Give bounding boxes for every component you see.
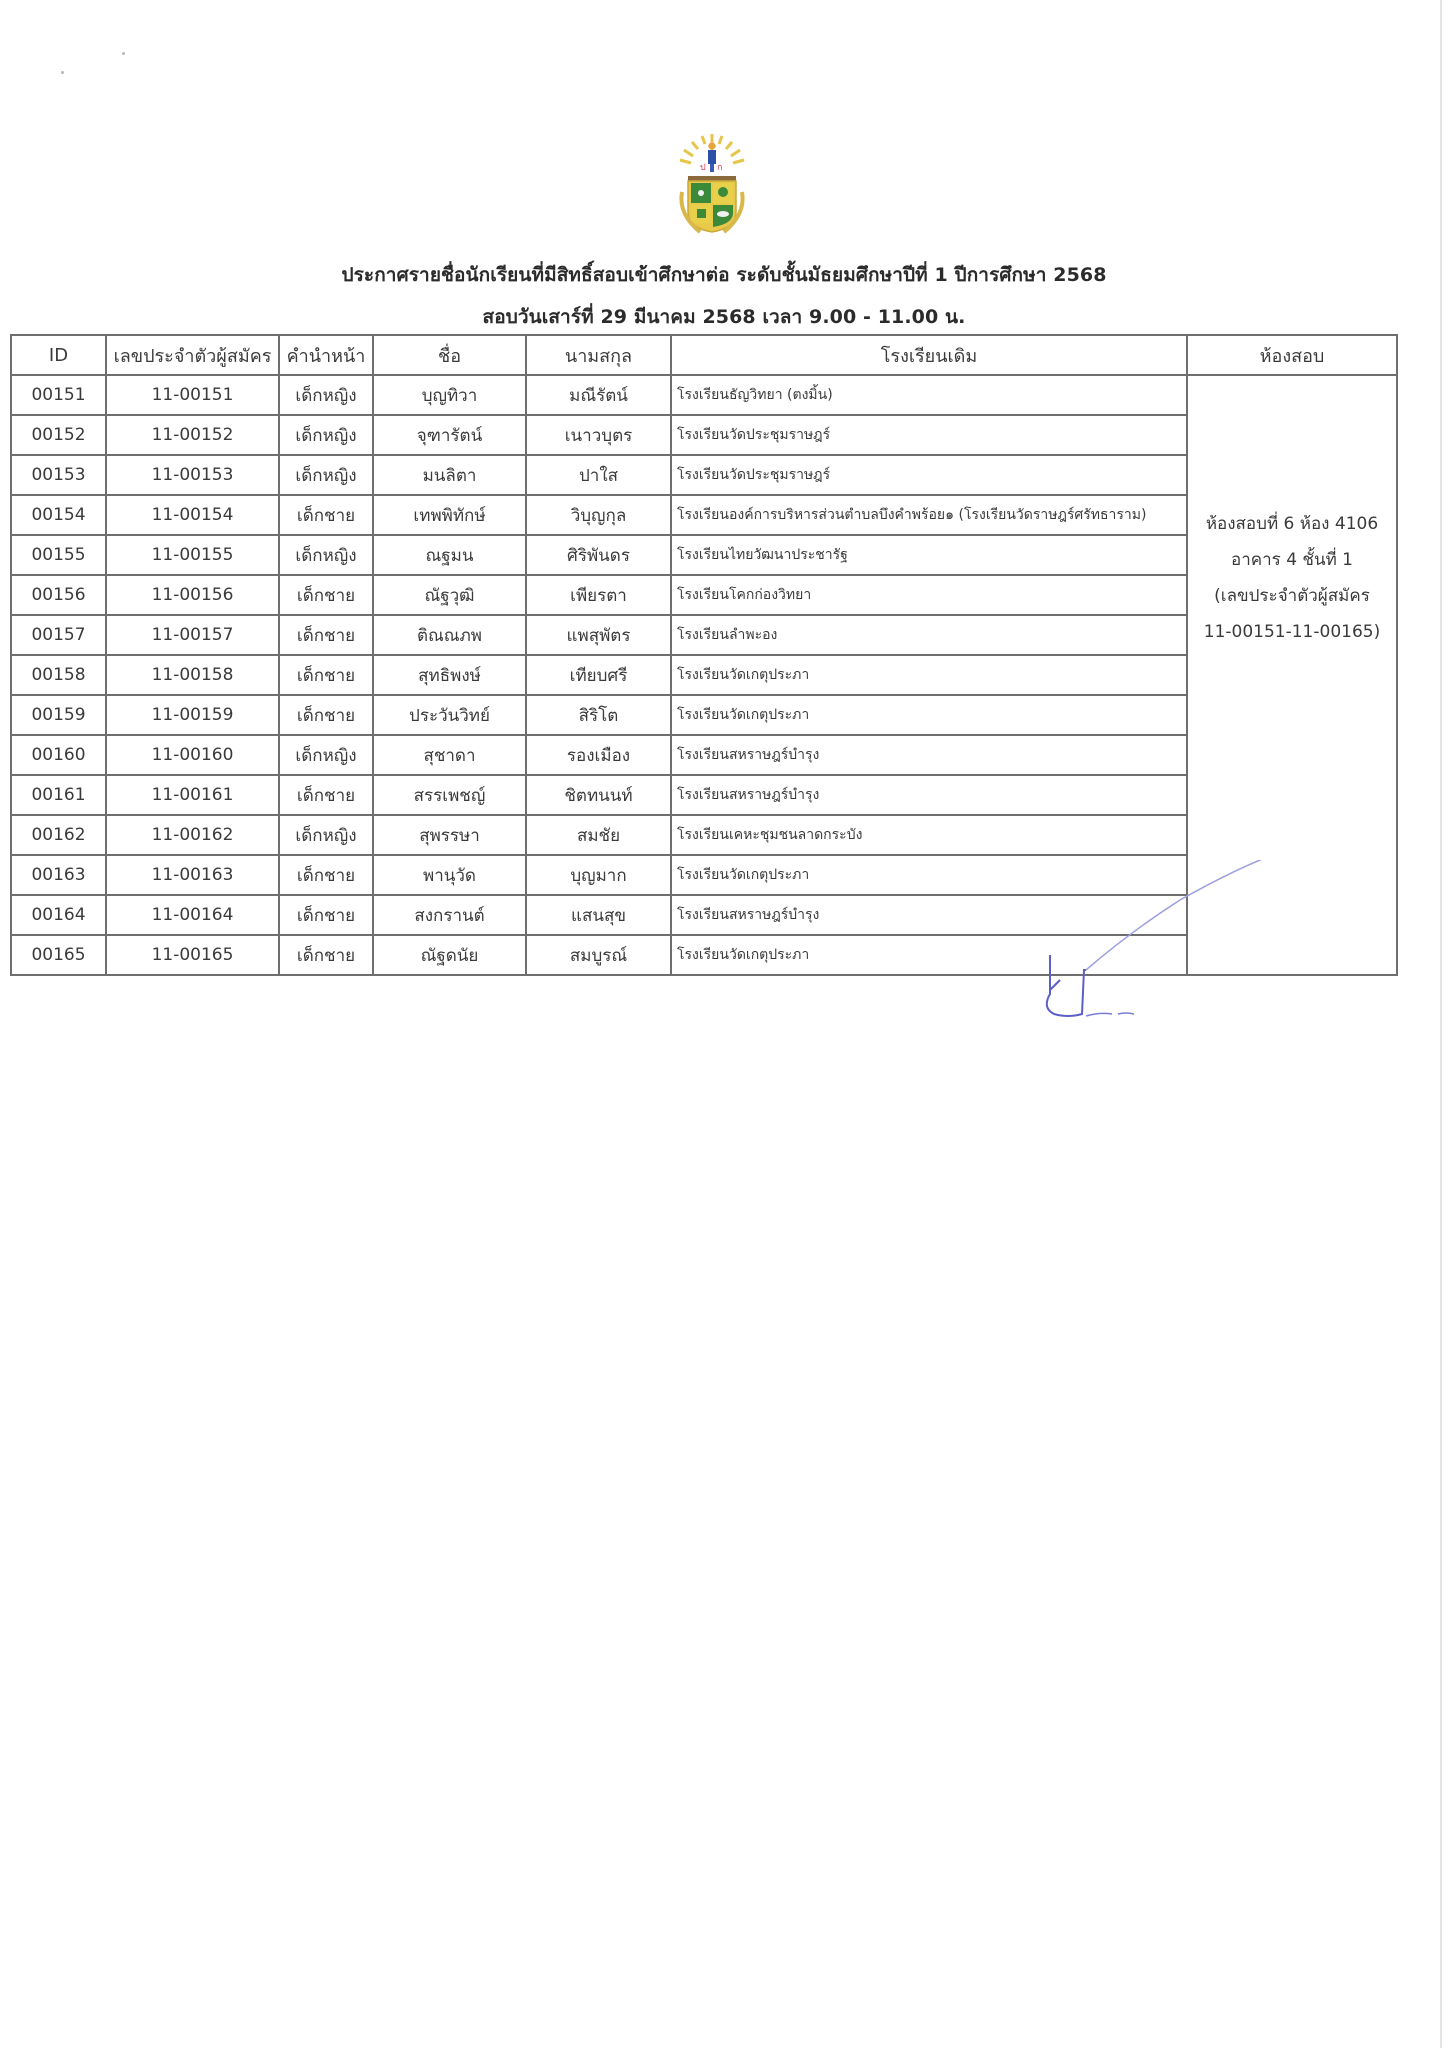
cell-last-name: ชิตทนนท์ (526, 775, 671, 815)
cell-id: 00161 (11, 775, 106, 815)
exam-room-line4: 11-00151-11-00165) (1192, 614, 1392, 650)
column-header-first-name: ชื่อ (373, 335, 526, 375)
cell-first-name: บุญทิวา (373, 375, 526, 415)
cell-applicant-no: 11-00151 (106, 375, 279, 415)
cell-id: 00163 (11, 855, 106, 895)
cell-id: 00160 (11, 735, 106, 775)
cell-applicant-no: 11-00159 (106, 695, 279, 735)
cell-school: โรงเรียนเคหะชุมชนลาดกระบัง (671, 815, 1187, 855)
cell-last-name: สิริโต (526, 695, 671, 735)
cell-last-name: สมชัย (526, 815, 671, 855)
cell-prefix: เด็กหญิง (279, 415, 373, 455)
cell-applicant-no: 11-00165 (106, 935, 279, 975)
table-header-row: ID เลขประจำตัวผู้สมัคร คำนำหน้า ชื่อ นาม… (11, 335, 1397, 375)
scan-speck (122, 52, 125, 55)
cell-applicant-no: 11-00154 (106, 495, 279, 535)
cell-prefix: เด็กหญิง (279, 535, 373, 575)
cell-applicant-no: 11-00160 (106, 735, 279, 775)
cell-prefix: เด็กชาย (279, 695, 373, 735)
cell-applicant-no: 11-00152 (106, 415, 279, 455)
cell-school: โรงเรียนสหราษฎร์บำรุง (671, 775, 1187, 815)
cell-first-name: ณฐมน (373, 535, 526, 575)
cell-school: โรงเรียนวัดประชุมราษฎร์ (671, 455, 1187, 495)
cell-applicant-no: 11-00153 (106, 455, 279, 495)
column-header-applicant-no: เลขประจำตัวผู้สมัคร (106, 335, 279, 375)
cell-first-name: ติณณภพ (373, 615, 526, 655)
column-header-exam-room: ห้องสอบ (1187, 335, 1397, 375)
cell-applicant-no: 11-00161 (106, 775, 279, 815)
column-header-last-name: นามสกุล (526, 335, 671, 375)
cell-applicant-no: 11-00158 (106, 655, 279, 695)
cell-id: 00156 (11, 575, 106, 615)
cell-last-name: เนาวบุตร (526, 415, 671, 455)
school-crest-icon: ป ก (672, 132, 752, 236)
exam-date-subtitle: สอบวันเสาร์ที่ 29 มีนาคม 2568 เวลา 9.00 … (0, 302, 1448, 332)
cell-applicant-no: 11-00156 (106, 575, 279, 615)
cell-first-name: ณัฐวุฒิ (373, 575, 526, 615)
table-row: 0015111-00151เด็กหญิงบุญทิวามณีรัตน์โรงเ… (11, 375, 1397, 415)
cell-school: โรงเรียนไทยวัฒนาประชารัฐ (671, 535, 1187, 575)
cell-last-name: วิบุญกุล (526, 495, 671, 535)
cell-first-name: สุพรรษา (373, 815, 526, 855)
cell-school: โรงเรียนสหราษฎร์บำรุง (671, 735, 1187, 775)
cell-first-name: สรรเพชญ์ (373, 775, 526, 815)
cell-last-name: เพียรตา (526, 575, 671, 615)
scan-speck (61, 71, 64, 74)
cell-applicant-no: 11-00157 (106, 615, 279, 655)
exam-room-line2: อาคาร 4 ชั้นที่ 1 (1192, 542, 1392, 578)
column-header-prefix: คำนำหน้า (279, 335, 373, 375)
cell-applicant-no: 11-00163 (106, 855, 279, 895)
cell-last-name: แสนสุข (526, 895, 671, 935)
exam-room-line3: (เลขประจำตัวผู้สมัคร (1192, 578, 1392, 614)
cell-last-name: บุญมาก (526, 855, 671, 895)
cell-first-name: สงกรานต์ (373, 895, 526, 935)
column-header-id: ID (11, 335, 106, 375)
cell-first-name: เทพพิทักษ์ (373, 495, 526, 535)
exam-room-line1: ห้องสอบที่ 6 ห้อง 4106 (1192, 506, 1392, 542)
svg-text:ป: ป (700, 163, 706, 173)
cell-prefix: เด็กหญิง (279, 375, 373, 415)
cell-first-name: พานุวัด (373, 855, 526, 895)
cell-last-name: สมบูรณ์ (526, 935, 671, 975)
cell-prefix: เด็กชาย (279, 775, 373, 815)
cell-prefix: เด็กชาย (279, 615, 373, 655)
cell-last-name: แพสุพัตร (526, 615, 671, 655)
cell-last-name: มณีรัตน์ (526, 375, 671, 415)
cell-prefix: เด็กชาย (279, 495, 373, 535)
cell-applicant-no: 11-00164 (106, 895, 279, 935)
cell-id: 00165 (11, 935, 106, 975)
cell-school: โรงเรียนวัดเกตุประภา (671, 655, 1187, 695)
cell-prefix: เด็กหญิง (279, 735, 373, 775)
column-header-school: โรงเรียนเดิม (671, 335, 1187, 375)
cell-id: 00151 (11, 375, 106, 415)
cell-school: โรงเรียนลำพะอง (671, 615, 1187, 655)
cell-prefix: เด็กชาย (279, 575, 373, 615)
cell-first-name: จุฑารัตน์ (373, 415, 526, 455)
page-title: ประกาศรายชื่อนักเรียนที่มีสิทธิ์สอบเข้าศ… (0, 260, 1448, 290)
cell-id: 00159 (11, 695, 106, 735)
cell-first-name: สุทธิพงษ์ (373, 655, 526, 695)
cell-id: 00157 (11, 615, 106, 655)
cell-prefix: เด็กหญิง (279, 455, 373, 495)
cell-prefix: เด็กชาย (279, 855, 373, 895)
cell-id: 00152 (11, 415, 106, 455)
cell-prefix: เด็กหญิง (279, 815, 373, 855)
cell-last-name: ศิริพันดร (526, 535, 671, 575)
cell-first-name: มนลิตา (373, 455, 526, 495)
cell-id: 00153 (11, 455, 106, 495)
cell-prefix: เด็กชาย (279, 895, 373, 935)
cell-prefix: เด็กชาย (279, 655, 373, 695)
cell-applicant-no: 11-00162 (106, 815, 279, 855)
cell-id: 00164 (11, 895, 106, 935)
cell-school: โรงเรียนวัดเกตุประภา (671, 695, 1187, 735)
cell-id: 00162 (11, 815, 106, 855)
cell-school: โรงเรียนโคกก่องวิทยา (671, 575, 1187, 615)
cell-first-name: ประวันวิทย์ (373, 695, 526, 735)
cell-first-name: ณัฐดนัย (373, 935, 526, 975)
cell-first-name: สุชาดา (373, 735, 526, 775)
cell-last-name: รองเมือง (526, 735, 671, 775)
cell-school: โรงเรียนวัดประชุมราษฎร์ (671, 415, 1187, 455)
cell-school: โรงเรียนองค์การบริหารส่วนตำบลบึงคำพร้อย๑… (671, 495, 1187, 535)
cell-last-name: ปาใส (526, 455, 671, 495)
cell-id: 00158 (11, 655, 106, 695)
cell-prefix: เด็กชาย (279, 935, 373, 975)
cell-school: โรงเรียนธัญวิทยา (ตงมิ้น) (671, 375, 1187, 415)
cell-applicant-no: 11-00155 (106, 535, 279, 575)
svg-text:ก: ก (717, 163, 722, 173)
signature-mark (990, 860, 1270, 1040)
cell-last-name: เทียบศรี (526, 655, 671, 695)
cell-id: 00154 (11, 495, 106, 535)
cell-id: 00155 (11, 535, 106, 575)
